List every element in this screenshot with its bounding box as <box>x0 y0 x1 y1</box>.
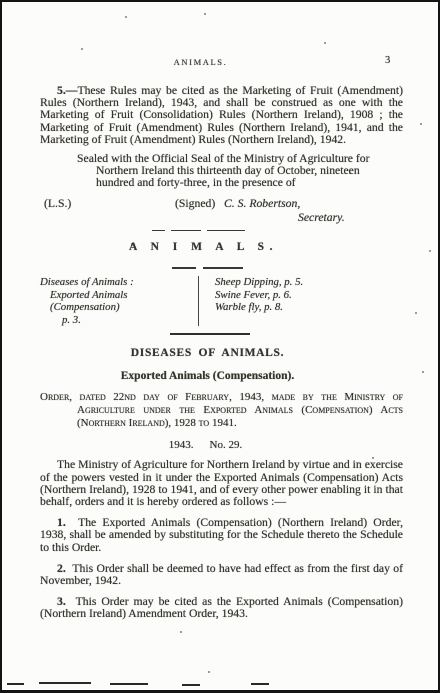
scan-speck <box>81 48 83 50</box>
scan-speck <box>324 42 326 44</box>
index-right-column: Sheep Dipping, p. 5. Swine Fever, p. 6. … <box>198 276 403 326</box>
scan-artifact-line <box>251 683 269 685</box>
seal-mark: (L.S.) <box>44 197 71 210</box>
order-number: No. 29. <box>210 439 243 451</box>
section-title: A N I M A L S. <box>22 241 385 253</box>
clause-text: These Rules may be cited as the Marketin… <box>40 84 403 146</box>
running-header: ANIMALS. 3 <box>40 57 403 69</box>
section-index: Diseases of Animals : Exported Animals (… <box>40 276 403 326</box>
scan-speck <box>208 671 210 673</box>
clause-text: This Order may be cited as the Exported … <box>40 595 403 620</box>
index-bottom-rule <box>170 333 250 335</box>
order-reference: 1943.No. 29. <box>24 439 387 451</box>
page-number: 3 <box>385 55 390 66</box>
running-header-title: ANIMALS. <box>19 57 382 67</box>
scanned-document-page: ANIMALS. 3 5.—These Rules may be cited a… <box>0 0 440 693</box>
order-clause-1: 1. The Exported Animals (Compensation) (… <box>40 517 403 554</box>
index-entry: p. 3. <box>40 314 198 327</box>
order-subheading: Exported Animals (Compensation). <box>26 370 389 382</box>
title-underline-rule <box>172 267 403 269</box>
index-left-column: Diseases of Animals : Exported Animals (… <box>40 276 198 326</box>
index-entry: Swine Fever, p. 6. <box>215 289 403 302</box>
order-year: 1943. <box>169 439 194 451</box>
order-heading: DISEASES OF ANIMALS. <box>26 347 389 359</box>
rule-segment <box>207 230 245 232</box>
signed-label: (Signed) <box>175 197 215 210</box>
scan-artifact-line <box>7 683 24 685</box>
page-content: ANIMALS. 3 5.—These Rules may be cited a… <box>2 57 438 621</box>
order-clause-3: 3. This Order may be cited as the Export… <box>40 596 403 620</box>
index-entry: Exported Animals (Compensation) <box>40 289 198 314</box>
index-entry: Sheep Dipping, p. 5. <box>215 276 403 289</box>
index-entry: Diseases of Animals : <box>40 276 198 289</box>
clause-number: 1. <box>57 516 66 529</box>
clause-number: 5.— <box>57 84 77 97</box>
scan-artifact-line <box>39 682 91 684</box>
signatory-name: C. S. Robertson, <box>224 197 300 210</box>
order-preamble: The Ministry of Agriculture for Northern… <box>40 459 403 508</box>
section-divider-dashed-rule <box>152 230 403 232</box>
rule-segment <box>172 267 196 269</box>
signatory-title: Secretary. <box>298 211 345 224</box>
scan-artifact-line <box>182 684 200 686</box>
clause-text: The Exported Animals (Compensation) (Nor… <box>40 516 403 553</box>
scan-artifact-line <box>110 683 148 685</box>
sealing-clause: Sealed with the Official Seal of the Min… <box>96 153 375 190</box>
scan-speck <box>125 16 127 18</box>
scan-speck <box>204 13 206 15</box>
rule-segment <box>203 267 243 269</box>
order-recital: Order, dated 22nd day of February, 1943,… <box>40 391 403 430</box>
fruit-rules-clause-5: 5.—These Rules may be cited as the Marke… <box>40 85 403 146</box>
clause-text: This Order shall be deemed to have had e… <box>40 562 403 587</box>
signature-block: (L.S.) (Signed) C. S. Robertson, Secreta… <box>40 197 403 227</box>
rule-segment <box>152 230 165 232</box>
rule-segment <box>171 230 201 232</box>
scan-speck <box>180 631 182 633</box>
index-entry: Warble fly, p. 8. <box>215 301 403 314</box>
clause-number: 2. <box>57 562 66 575</box>
clause-number: 3. <box>57 595 66 608</box>
order-clause-2: 2. This Order shall be deemed to have ha… <box>40 563 403 587</box>
